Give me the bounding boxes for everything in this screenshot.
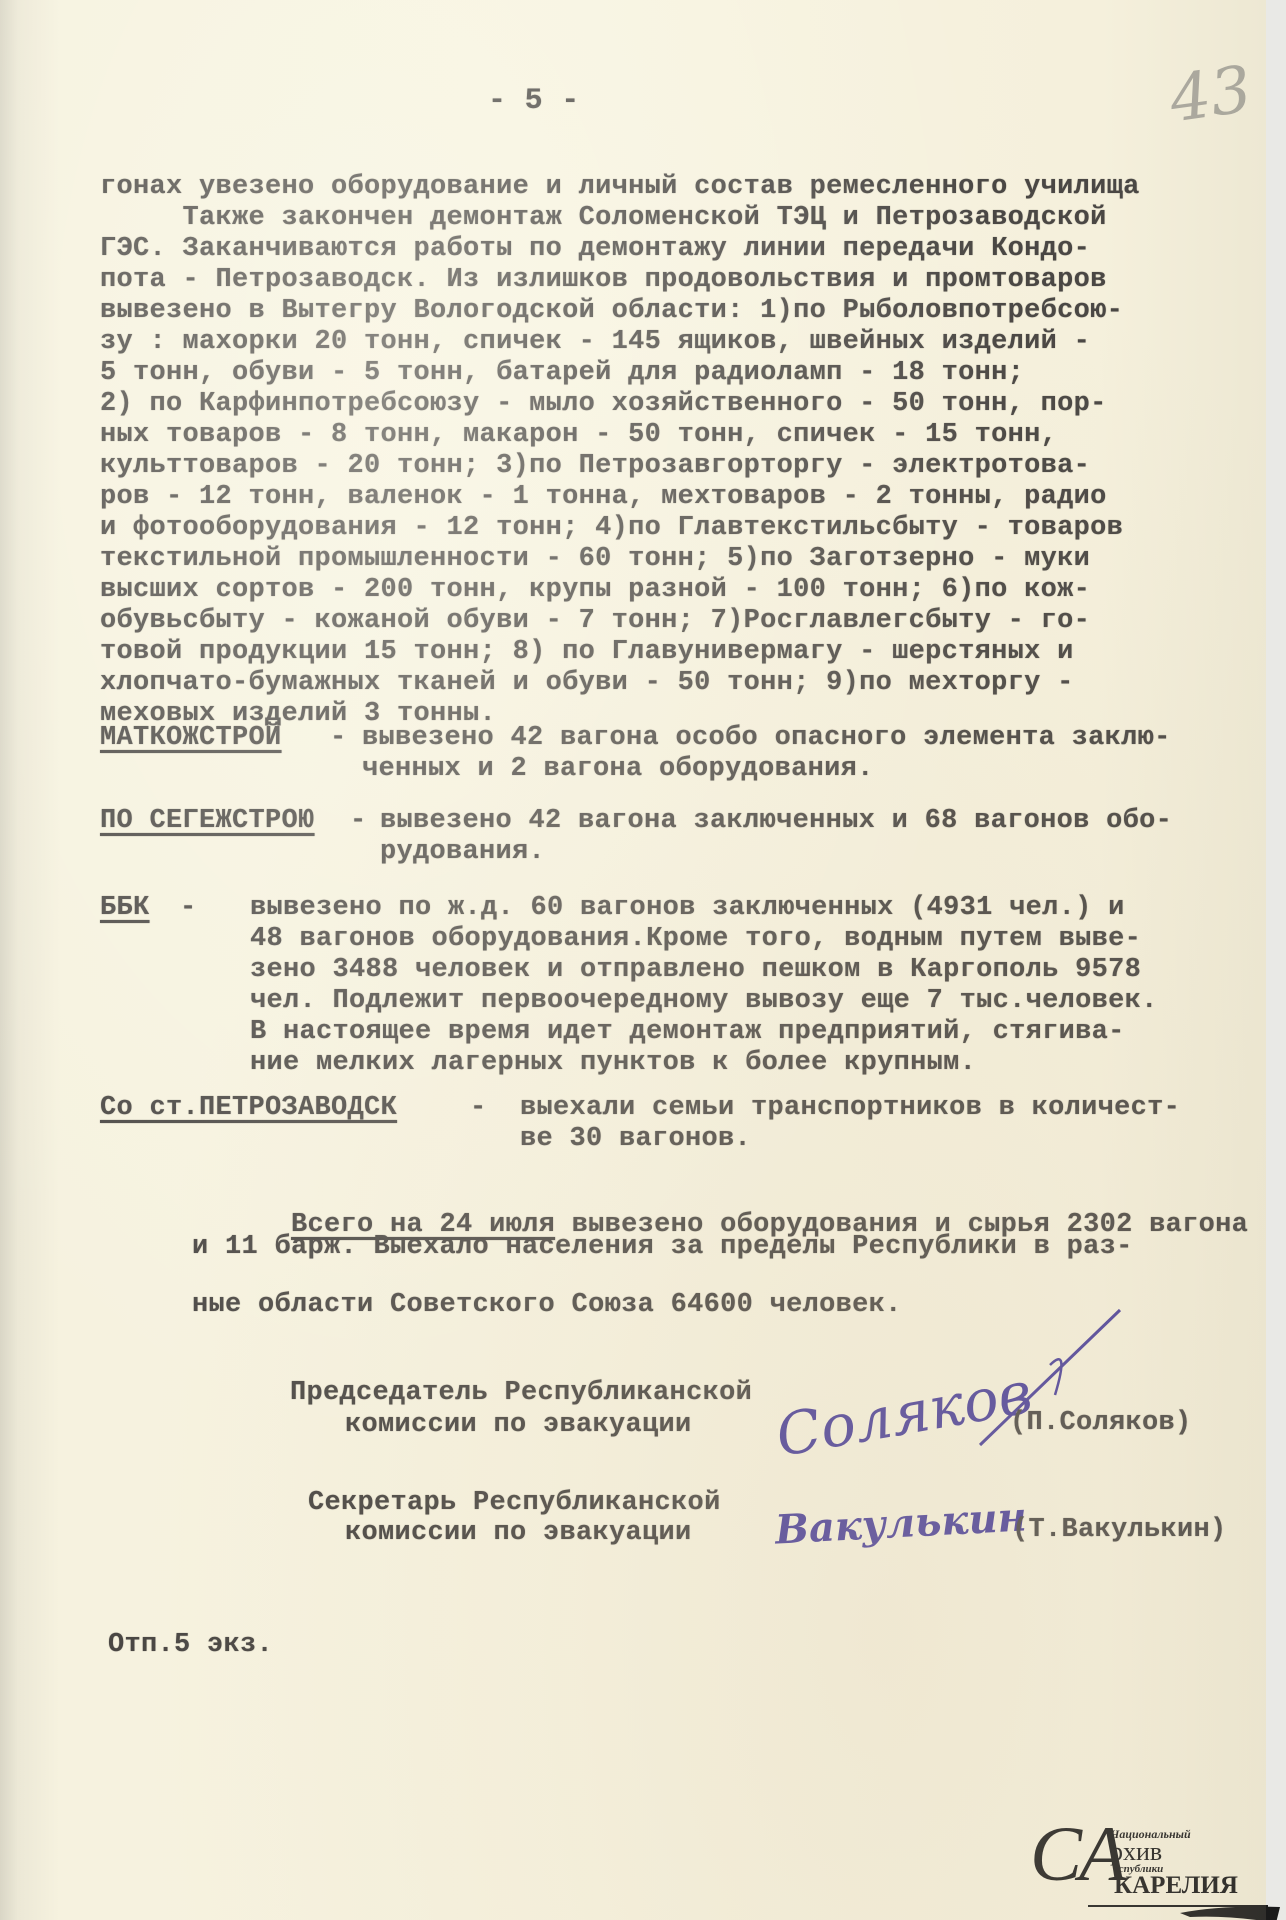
signatory-name: (П.Соляков) xyxy=(1010,1408,1192,1438)
body-line: вывезено в Вытегру Вологодской области: … xyxy=(100,296,1123,326)
page-number: - 5 - xyxy=(488,84,580,118)
body-line: хлопчато-бумажных тканей и обуви - 50 то… xyxy=(100,668,1074,698)
section-dash: - xyxy=(330,723,347,753)
body-line: гонах увезено оборудование и личный сост… xyxy=(100,172,1140,202)
summary-line-3: ные области Советского Союза 64600 челов… xyxy=(192,1290,902,1320)
summary-line-2: и 11 барж. Выехало населения за пределы … xyxy=(192,1232,1133,1262)
section-line: 48 вагонов оборудования.Кроме того, водн… xyxy=(250,924,1141,954)
section-dash: - xyxy=(180,893,197,923)
body-line: 5 тонн, обуви - 5 тонн, батарей для ради… xyxy=(100,358,1024,388)
section-heading: ББК xyxy=(100,893,150,923)
archive-sheet-number: 43 xyxy=(1165,53,1256,138)
section-line: вывезено 42 вагона заключенных и 68 ваго… xyxy=(380,806,1172,836)
section-heading: Со ст.ПЕТРОЗАВОДСК xyxy=(100,1093,397,1123)
section-heading: ПО СЕГЕЖСТРОЮ xyxy=(100,806,315,836)
signatory-title: Секретарь Республиканской xyxy=(308,1488,721,1518)
body-line: высших сортов - 200 тонн, крупы разной -… xyxy=(100,575,1090,605)
section-dash: - xyxy=(470,1093,487,1123)
body-line: 2) по Карфинпотребсоюзу - мыло хозяйстве… xyxy=(100,389,1107,419)
body-line: товой продукции 15 тонн; 8) по Главуниве… xyxy=(100,637,1074,667)
quill-icon xyxy=(1180,1903,1280,1920)
body-line: зу : махорки 20 тонн, спичек - 145 ящико… xyxy=(100,327,1090,357)
signatory-name: (Т.Вакулькин) xyxy=(1012,1515,1227,1545)
body-line: обувьсбыту - кожаной обуви - 7 тонн; 7)Р… xyxy=(100,606,1090,636)
body-line: Также закончен демонтаж Соломенской ТЭЦ … xyxy=(100,203,1107,233)
signatory-title: Председатель Республиканской xyxy=(290,1378,752,1408)
section-dash: - xyxy=(350,806,367,836)
logo-line-archive: рхив xyxy=(1110,1839,1162,1865)
section-line: ве 30 вагонов. xyxy=(520,1124,751,1154)
archive-logo: СА Национальный рхив еспублики КАРЕЛИЯ xyxy=(1030,1815,1280,1920)
section-line: рудования. xyxy=(380,837,545,867)
section-line: В настоящее время идет демонтаж предприя… xyxy=(250,1017,1125,1047)
section-line: ченных и 2 вагона оборудования. xyxy=(362,754,874,784)
section-line: выехали семьи транспортников в количест- xyxy=(520,1093,1180,1123)
body-line: текстильной промышленности - 60 тонн; 5)… xyxy=(100,544,1090,574)
section-line: зено 3488 человек и отправлено пешком в … xyxy=(250,955,1141,985)
signatory-title: комиссии по эвакуации xyxy=(345,1410,692,1440)
signatory-title: комиссии по эвакуации xyxy=(345,1518,692,1548)
copies-note: Отп.5 экз. xyxy=(108,1630,273,1660)
section-heading: МАТКОЖСТРОЙ xyxy=(100,723,282,753)
section-line: вывезено по ж.д. 60 вагонов заключенных … xyxy=(250,893,1125,923)
body-line: ров - 12 тонн, валенок - 1 тонна, мехтов… xyxy=(100,482,1107,512)
handwritten-signature: Вакулькин xyxy=(774,1493,1028,1553)
section-line: вывезено 42 вагона особо опасного элемен… xyxy=(362,723,1171,753)
logo-line-karelia: КАРЕЛИЯ xyxy=(1114,1873,1238,1898)
body-line: и фотооборудования - 12 тонн; 4)по Главт… xyxy=(100,513,1123,543)
section-line: ние мелких лагерных пунктов к более круп… xyxy=(250,1048,976,1078)
section-line: чел. Подлежит первоочередному вывозу еще… xyxy=(250,986,1158,1016)
document-page: - 5 - 43 гонах увезено оборудование и ли… xyxy=(0,0,1266,1920)
body-line: пота - Петрозаводск. Из излишков продово… xyxy=(100,265,1107,295)
body-line: ных товаров - 8 тонн, макарон - 50 тонн,… xyxy=(100,420,1057,450)
body-line: ГЭС. Заканчиваются работы по демонтажу л… xyxy=(100,234,1090,264)
body-line: культтоваров - 20 тонн; 3)по Петрозавгор… xyxy=(100,451,1090,481)
